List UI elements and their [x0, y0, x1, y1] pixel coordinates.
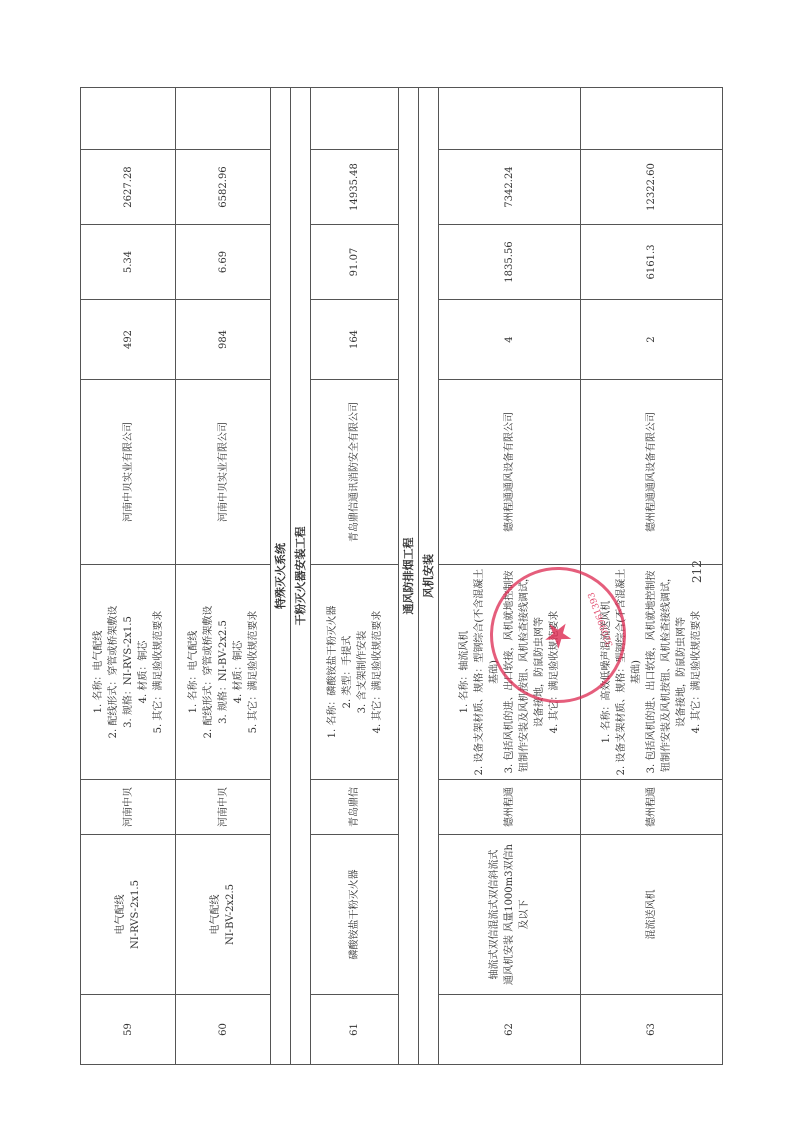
cell-no: 63: [581, 995, 723, 1065]
cell-no: 59: [81, 995, 176, 1065]
cell-qty: 492: [81, 300, 176, 380]
section-row: 通风防排烟工程: [399, 88, 419, 1065]
table-row: 59电气配线 NI-RVS-2x1.5河南中贝1. 名称：电气配线 2. 配线形…: [81, 88, 176, 1065]
cell-no: 61: [311, 995, 399, 1065]
cell-total: 14935.48: [311, 150, 399, 225]
section-row: 干粉灭火器安装工程: [291, 88, 311, 1065]
cell-price: 91.07: [311, 225, 399, 300]
cell-supplier: 德州程通通风设备有限公司: [581, 380, 723, 565]
page-number: 212: [690, 560, 704, 583]
cell-total: 7342.24: [439, 150, 581, 225]
cell-name: 电气配线 NI-RVS-2x1.5: [81, 835, 176, 995]
cell-qty: 2: [581, 300, 723, 380]
rotated-page: 59电气配线 NI-RVS-2x1.5河南中贝1. 名称：电气配线 2. 配线形…: [0, 0, 794, 1123]
section-row: 特殊灭火系统: [271, 88, 291, 1065]
cell-name: 混流送风机: [581, 835, 723, 995]
table-row: 60电气配线 NI-BV-2x2.5河南中贝1. 名称：电气配线 2. 配线形式…: [176, 88, 271, 1065]
cell-qty: 164: [311, 300, 399, 380]
section-row: 风机安装: [419, 88, 439, 1065]
cell-no: 60: [176, 995, 271, 1065]
cell-supplier: 德州程通通风设备有限公司: [439, 380, 581, 565]
cell-brand: 德州程通: [581, 780, 723, 835]
cell-qty: 984: [176, 300, 271, 380]
seal-star-icon: ★: [534, 614, 582, 656]
cell-supplier: 青岛鼎信通讯消防安全有限公司: [311, 380, 399, 565]
cell-remark: [81, 88, 176, 150]
cell-remark: [581, 88, 723, 150]
cell-price: 5.34: [81, 225, 176, 300]
cell-desc: 1. 名称：磷酸铵盐干粉灭火器 2. 类型：手提式 3. 含支架制作安装 4. …: [311, 565, 399, 780]
cell-price: 6.69: [176, 225, 271, 300]
cell-no: 62: [439, 995, 581, 1065]
seal-number: 3209961393: [587, 591, 616, 648]
cell-price: 6161.3: [581, 225, 723, 300]
cell-brand: 青岛鼎信: [311, 780, 399, 835]
table-row: 61磷酸铵盐干粉灭火器青岛鼎信1. 名称：磷酸铵盐干粉灭火器 2. 类型：手提式…: [311, 88, 399, 1065]
cell-name: 磷酸铵盐干粉灭火器: [311, 835, 399, 995]
cell-desc: 1. 名称：电气配线 2. 配线形式：穿管或桥架敷设 3. 规格：NI-RVS-…: [81, 565, 176, 780]
cell-brand: 河南中贝: [176, 780, 271, 835]
cell-qty: 4: [439, 300, 581, 380]
cell-supplier: 河南中贝实业有限公司: [81, 380, 176, 565]
cell-name: 电气配线 NI-BV-2x2.5: [176, 835, 271, 995]
cell-brand: 德州程通: [439, 780, 581, 835]
cell-price: 1835.56: [439, 225, 581, 300]
cell-name: 轴流式双信混流式双信斜流式 通风机安装 风量1000m3双信h 及以下: [439, 835, 581, 995]
section-title: 特殊灭火系统: [271, 88, 291, 1065]
cell-total: 2627.28: [81, 150, 176, 225]
cell-remark: [311, 88, 399, 150]
cell-desc: 1. 名称：电气配线 2. 配线形式：穿管或桥架敷设 3. 规格：NI-BV-2…: [176, 565, 271, 780]
cell-total: 12322.60: [581, 150, 723, 225]
cell-brand: 河南中贝: [81, 780, 176, 835]
section-title: 通风防排烟工程: [399, 88, 419, 1065]
cell-remark: [176, 88, 271, 150]
cell-supplier: 河南中贝实业有限公司: [176, 380, 271, 565]
cell-total: 6582.96: [176, 150, 271, 225]
section-title: 干粉灭火器安装工程: [291, 88, 311, 1065]
section-title: 风机安装: [419, 88, 439, 1065]
cell-remark: [439, 88, 581, 150]
bid-table: 59电气配线 NI-RVS-2x1.5河南中贝1. 名称：电气配线 2. 配线形…: [80, 87, 723, 1065]
